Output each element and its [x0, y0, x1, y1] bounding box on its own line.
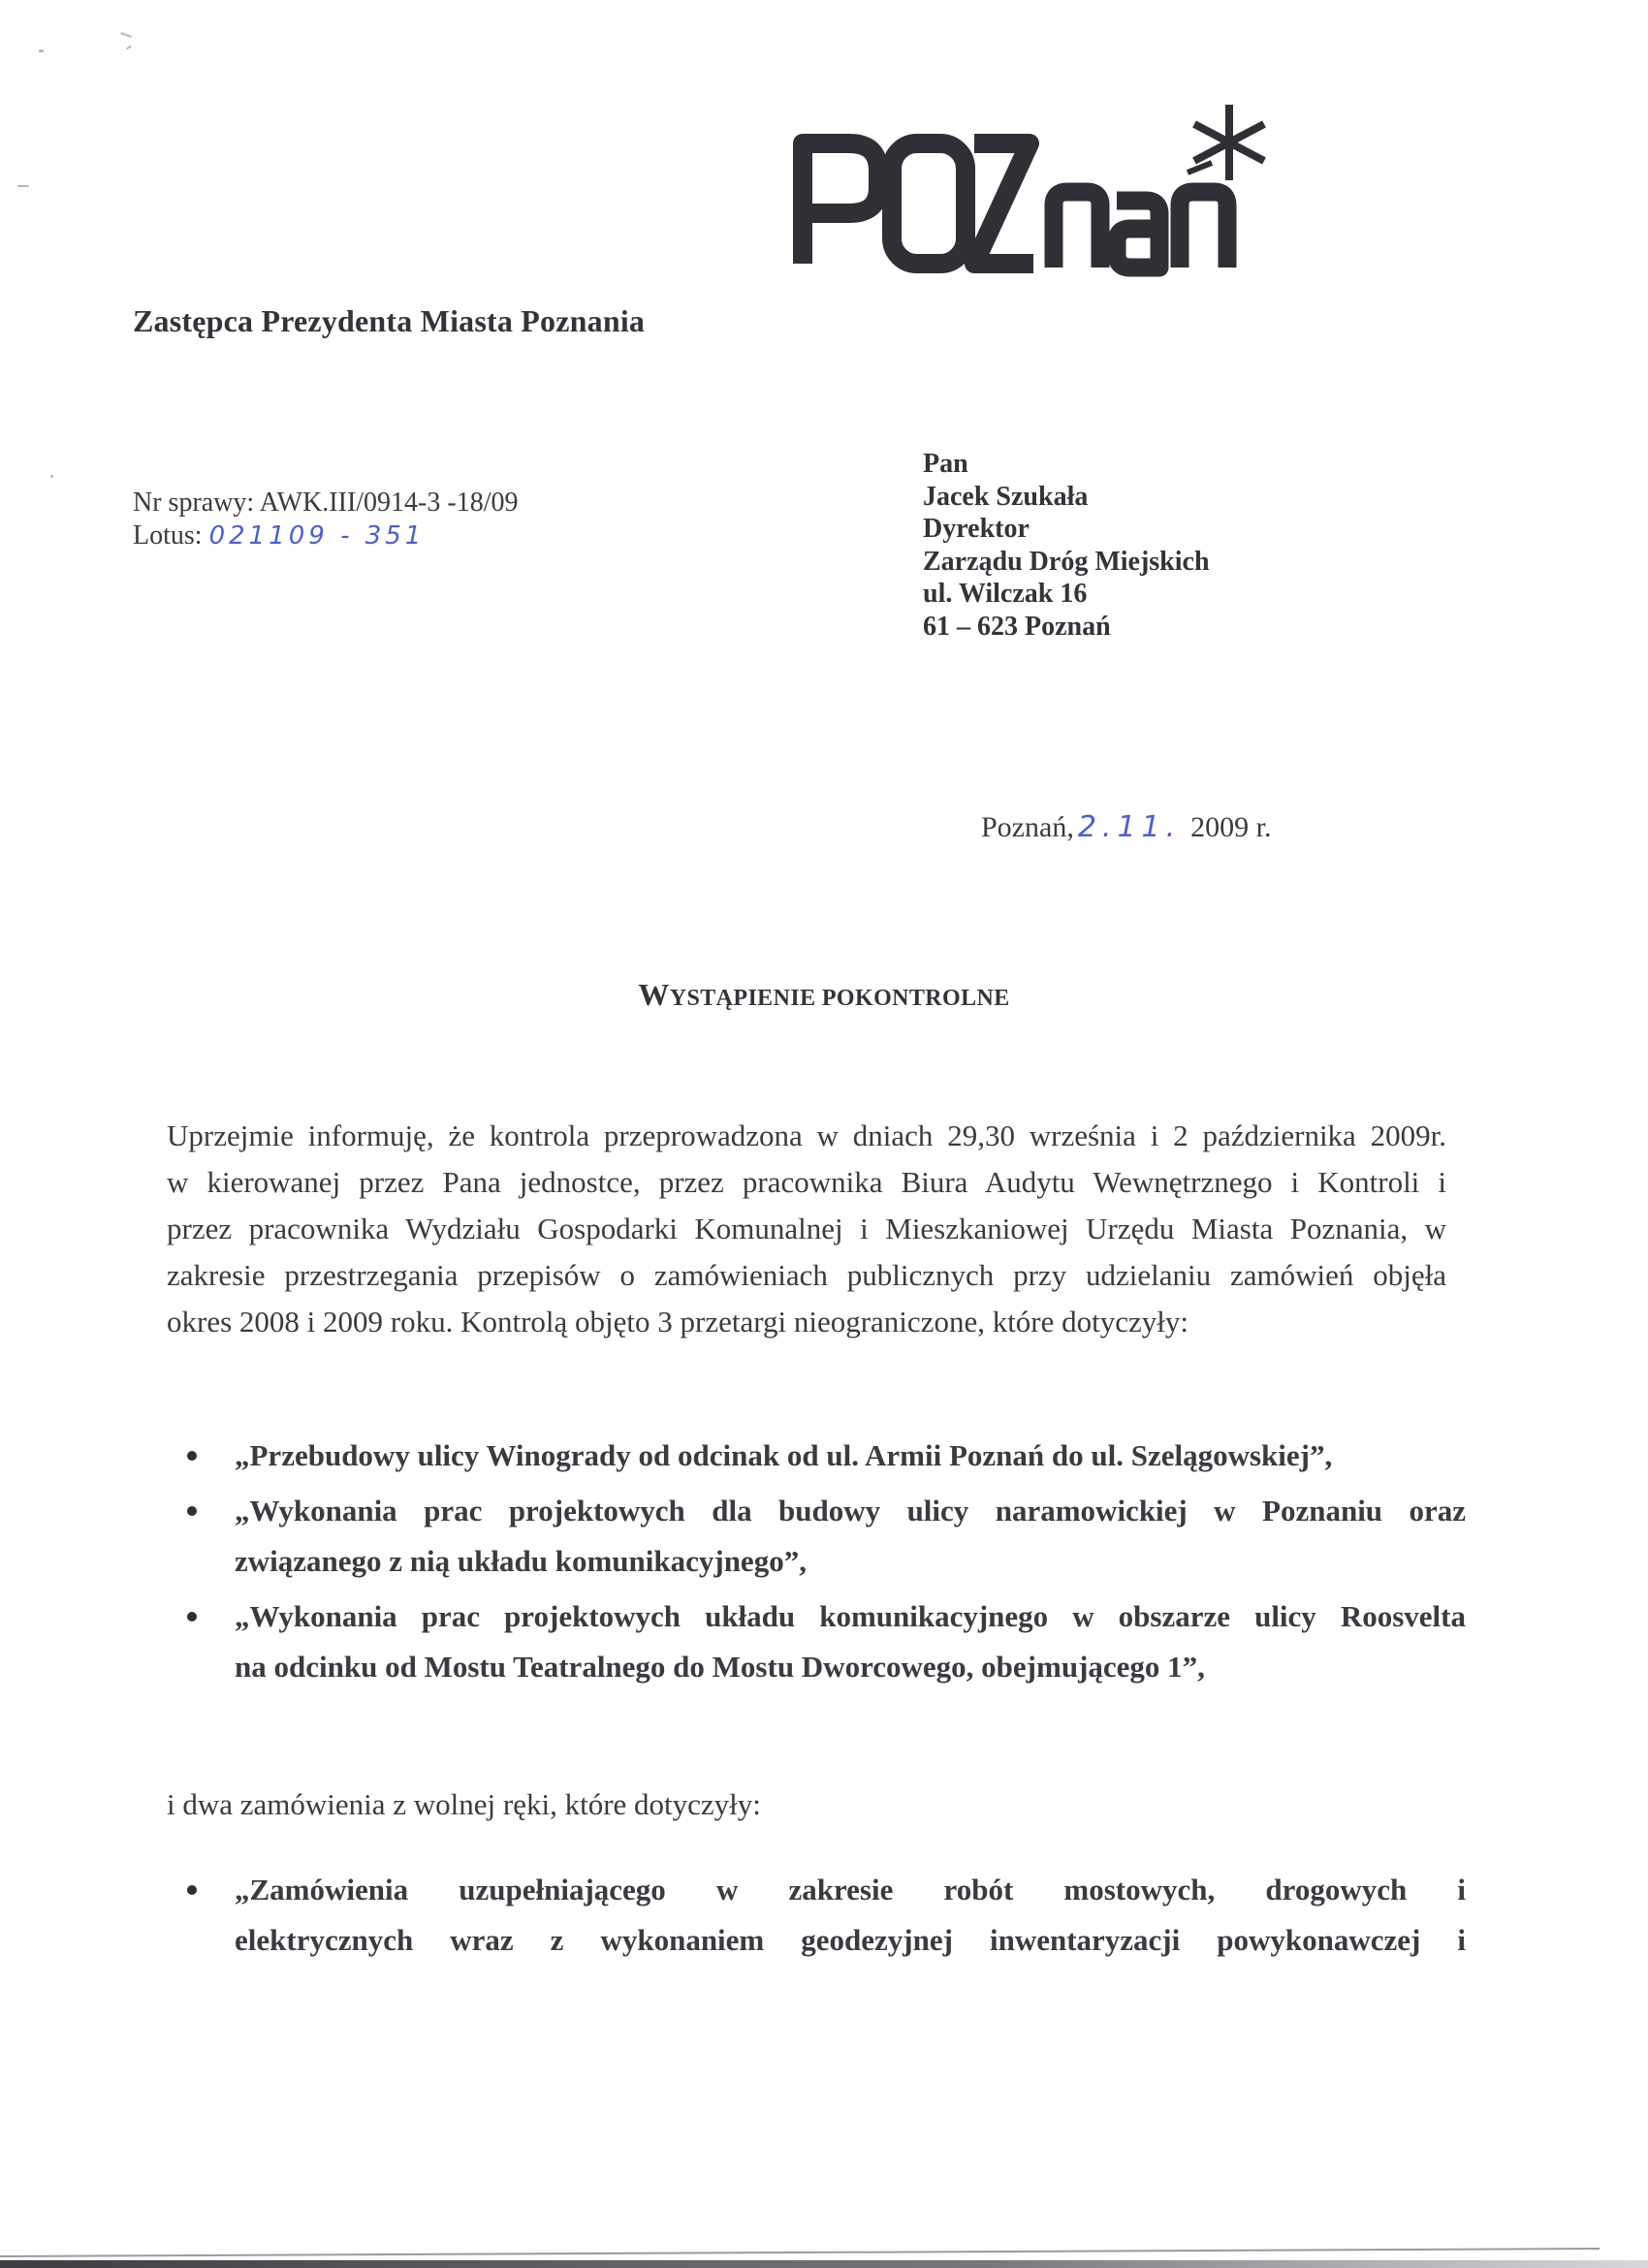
- single-source-item: „Zamówienia uzupełniającego w zakresie r…: [184, 1865, 1466, 1966]
- tender-item: „Wykonania prac projektowych dla budowy …: [184, 1486, 1466, 1587]
- sender-title: Zastępca Prezydenta Miasta Poznania: [133, 303, 645, 339]
- case-number-value: AWK.III/0914-3 -18/09: [260, 488, 519, 518]
- date-year: 2009 r.: [1190, 811, 1271, 843]
- addressee-position: Dyrektor: [923, 513, 1210, 546]
- addressee-name: Jacek Szukała: [923, 481, 1210, 514]
- case-number-line: Nr sprawy: AWK.III/0914-3 -18/09: [133, 487, 518, 520]
- addressee-block: Pan Jacek Szukała Dyrektor Zarządu Dróg …: [923, 448, 1210, 643]
- body-line: Uprzejmie informuję, że kontrola przepro…: [167, 1113, 1446, 1159]
- tender-line: „Wykonania prac projektowych dla budowy …: [235, 1486, 1466, 1536]
- body-line: przez pracownika Wydziału Gospodarki Kom…: [167, 1206, 1446, 1252]
- scanned-letter-page: Zastępca Prezydenta Miasta Poznania Nr s…: [0, 0, 1648, 2268]
- bullet-icon: [187, 1506, 197, 1516]
- body-paragraph: Uprzejmie informuję, że kontrola przepro…: [167, 1113, 1446, 1345]
- scan-speck: [120, 32, 132, 38]
- case-number-label: Nr sprawy:: [133, 488, 254, 518]
- document-heading: WYSTĄPIENIE POKONTROLNE: [0, 977, 1648, 1013]
- tender-line: związanego z nią układu komunikacyjnego”…: [235, 1536, 1466, 1587]
- addressee-street: ul. Wilczak 16: [923, 578, 1210, 611]
- tender-line: na odcinku od Mostu Teatralnego do Mostu…: [235, 1642, 1466, 1692]
- letter-date: Poznań,2.11.2009 r.: [981, 810, 1272, 844]
- body-line: okres 2008 i 2009 roku. Kontrolą objęto …: [167, 1299, 1446, 1345]
- single-source-line: elektrycznych wraz z wykonaniem geodezyj…: [235, 1915, 1466, 1966]
- body-line: w kierowanej przez Pana jednostce, przez…: [167, 1159, 1446, 1206]
- date-place: Poznań,: [981, 811, 1074, 843]
- body-line-text: przez pracownika Wydziału Gospodarki Kom…: [167, 1212, 1446, 1245]
- addressee-postal-city: 61 – 623 Poznań: [923, 611, 1210, 644]
- bullet-icon: [187, 1612, 197, 1622]
- body-line: zakresie przestrzegania przepisów o zamó…: [167, 1252, 1446, 1299]
- lotus-line: Lotus: 021109 - 351: [133, 520, 518, 552]
- tender-line: „Przebudowy ulicy Winogrady od odcinak o…: [235, 1431, 1466, 1481]
- single-source-intro: i dwa zamówienia z wolnej ręki, które do…: [167, 1787, 761, 1822]
- heading-initial: W: [638, 977, 669, 1012]
- bullet-icon: [187, 1885, 197, 1895]
- tender-line: „Wykonania prac projektowych układu komu…: [235, 1591, 1466, 1642]
- single-source-line: „Zamówienia uzupełniającego w zakresie r…: [235, 1865, 1466, 1915]
- body-line-text: zakresie przestrzegania przepisów o zamó…: [167, 1258, 1446, 1292]
- single-source-list: „Zamówienia uzupełniającego w zakresie r…: [184, 1865, 1466, 1966]
- addressee-salutation: Pan: [923, 448, 1210, 481]
- case-reference: Nr sprawy: AWK.III/0914-3 -18/09 Lotus: …: [133, 487, 518, 552]
- scan-speck: [17, 185, 29, 187]
- body-line-text: Uprzejmie informuję, że kontrola przepro…: [167, 1118, 1446, 1152]
- tender-item: „Wykonania prac projektowych układu komu…: [184, 1591, 1466, 1692]
- heading-rest: YSTĄPIENIE POKONTROLNE: [670, 986, 1010, 1011]
- lotus-number-handwritten: 021109 - 351: [209, 521, 426, 551]
- scan-speck: [39, 49, 44, 52]
- scan-speck: [50, 475, 53, 478]
- addressee-organization: Zarządu Dróg Miejskich: [923, 546, 1210, 579]
- poznan-logo-mark: [776, 105, 1454, 279]
- body-line-text: w kierowanej przez Pana jednostce, przez…: [167, 1165, 1446, 1199]
- scan-bottom-edge: [0, 2247, 1648, 2268]
- lotus-label: Lotus:: [133, 520, 203, 551]
- date-day-month-handwritten: 2.11.: [1078, 810, 1181, 844]
- body-line-text: okres 2008 i 2009 roku. Kontrolą objęto …: [167, 1305, 1188, 1339]
- tender-item: „Przebudowy ulicy Winogrady od odcinak o…: [184, 1431, 1466, 1481]
- tenders-list: „Przebudowy ulicy Winogrady od odcinak o…: [184, 1431, 1466, 1697]
- scan-speck: [126, 46, 132, 50]
- poznan-logo: [776, 105, 1454, 279]
- bullet-icon: [187, 1451, 197, 1461]
